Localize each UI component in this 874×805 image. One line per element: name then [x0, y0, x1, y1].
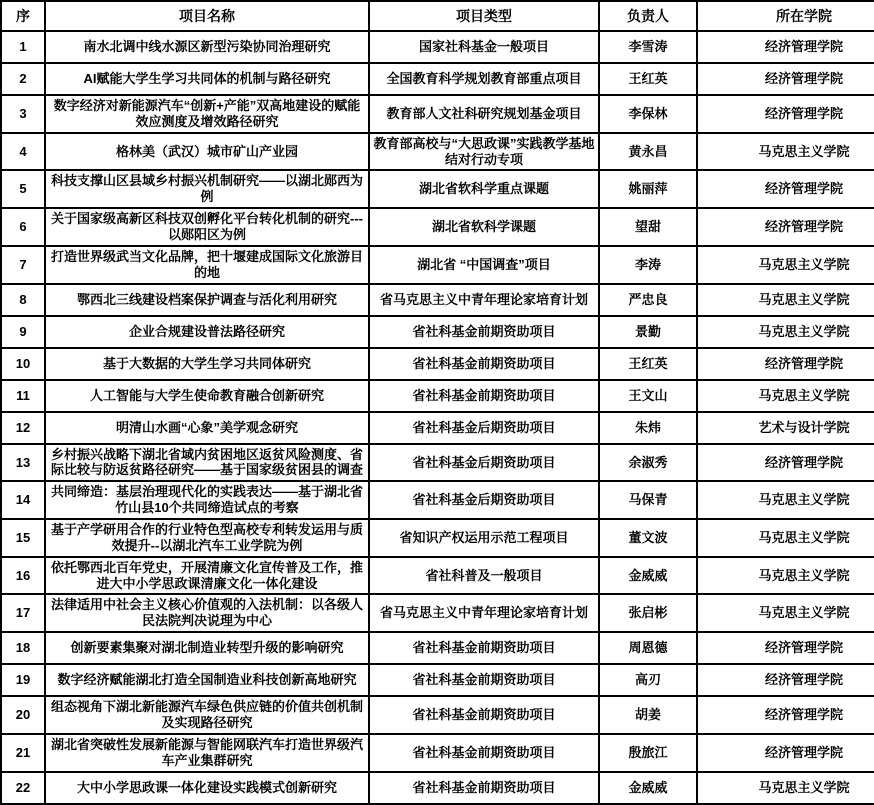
college-cell: 马克思主义学院 [697, 594, 874, 632]
table-row: 6关于国家级高新区科技双创孵化平台转化机制的研究---以郧阳区为例湖北省软科学课… [1, 208, 874, 246]
project-type-cell: 湖北省 “中国调查”项目 [369, 246, 599, 284]
col-header-name: 项目名称 [45, 1, 369, 31]
row-number-cell: 15 [1, 519, 45, 557]
leader-cell: 董文波 [599, 519, 697, 557]
leader-cell: 高刃 [599, 664, 697, 696]
leader-cell: 姚丽萍 [599, 170, 697, 208]
table-row: 15基于产学研用合作的行业特色型高校专利转发运用与质效提升--以湖北汽车工业学院… [1, 519, 874, 557]
leader-cell: 金威威 [599, 772, 697, 804]
table-row: 3数字经济对新能源汽车“创新+产能”双高地建设的赋能效应测度及增效路径研究教育部… [1, 95, 874, 133]
leader-cell: 殷旅江 [599, 734, 697, 772]
project-name-cell: 数字经济对新能源汽车“创新+产能”双高地建设的赋能效应测度及增效路径研究 [45, 95, 369, 133]
college-cell: 经济管理学院 [697, 63, 874, 95]
college-cell: 马克思主义学院 [697, 133, 874, 171]
row-number-cell: 11 [1, 380, 45, 412]
row-number-cell: 20 [1, 696, 45, 734]
project-type-cell: 省社科基金前期资助项目 [369, 734, 599, 772]
leader-cell: 朱炜 [599, 412, 697, 444]
project-name-cell: 基于产学研用合作的行业特色型高校专利转发运用与质效提升--以湖北汽车工业学院为例 [45, 519, 369, 557]
leader-cell: 余淑秀 [599, 444, 697, 482]
project-name-cell: 格林美（武汉）城市矿山产业园 [45, 133, 369, 171]
table-row: 22大中小学思政课一体化建设实践模式创新研究省社科基金前期资助项目金威威马克思主… [1, 772, 874, 804]
project-name-cell: 数字经济赋能湖北打造全国制造业科技创新高地研究 [45, 664, 369, 696]
row-number-cell: 19 [1, 664, 45, 696]
table-row: 7打造世界级武当文化品牌，把十堰建成国际文化旅游目的地湖北省 “中国调查”项目李… [1, 246, 874, 284]
project-name-cell: 鄂西北三线建设档案保护调查与活化利用研究 [45, 284, 369, 316]
project-type-cell: 湖北省软科学重点课题 [369, 170, 599, 208]
project-name-cell: 湖北省突破性发展新能源与智能网联汽车打造世界级汽车产业集群研究 [45, 734, 369, 772]
project-type-cell: 省社科基金后期资助项目 [369, 481, 599, 519]
table-row: 21湖北省突破性发展新能源与智能网联汽车打造世界级汽车产业集群研究省社科基金前期… [1, 734, 874, 772]
project-type-cell: 省马克思主义中青年理论家培育计划 [369, 284, 599, 316]
college-cell: 经济管理学院 [697, 170, 874, 208]
project-type-cell: 省社科基金前期资助项目 [369, 664, 599, 696]
table-row: 13乡村振兴战略下湖北省域内贫困地区返贫风险测度、省际比较与防返贫路径研究——基… [1, 444, 874, 482]
row-number-cell: 9 [1, 316, 45, 348]
leader-cell: 周恩德 [599, 632, 697, 664]
col-header-college: 所在学院 [697, 1, 874, 31]
table-row: 2AI赋能大学生学习共同体的机制与路径研究全国教育科学规划教育部重点项目王红英经… [1, 63, 874, 95]
college-cell: 马克思主义学院 [697, 246, 874, 284]
college-cell: 经济管理学院 [697, 348, 874, 380]
leader-cell: 景勤 [599, 316, 697, 348]
leader-cell: 严忠良 [599, 284, 697, 316]
project-type-cell: 省社科基金前期资助项目 [369, 772, 599, 804]
project-type-cell: 国家社科基金一般项目 [369, 31, 599, 63]
leader-cell: 金威威 [599, 557, 697, 595]
project-name-cell: 基于大数据的大学生学习共同体研究 [45, 348, 369, 380]
table-row: 19数字经济赋能湖北打造全国制造业科技创新高地研究省社科基金前期资助项目高刃经济… [1, 664, 874, 696]
college-cell: 马克思主义学院 [697, 772, 874, 804]
table-row: 17法律适用中社会主义核心价值观的入法机制：以各级人民法院判决说理为中心省马克思… [1, 594, 874, 632]
row-number-cell: 10 [1, 348, 45, 380]
leader-cell: 王红英 [599, 348, 697, 380]
leader-cell: 马保青 [599, 481, 697, 519]
header-row: 序 项目名称 项目类型 负责人 所在学院 [1, 1, 874, 31]
project-name-cell: 法律适用中社会主义核心价值观的入法机制：以各级人民法院判决说理为中心 [45, 594, 369, 632]
table-row: 18创新要素集聚对湖北制造业转型升级的影响研究省社科基金前期资助项目周恩德经济管… [1, 632, 874, 664]
row-number-cell: 2 [1, 63, 45, 95]
table-row: 9企业合规建设普法路径研究省社科基金前期资助项目景勤马克思主义学院 [1, 316, 874, 348]
college-cell: 经济管理学院 [697, 31, 874, 63]
col-header-type: 项目类型 [369, 1, 599, 31]
leader-cell: 李雪涛 [599, 31, 697, 63]
project-type-cell: 省社科基金前期资助项目 [369, 316, 599, 348]
project-name-cell: AI赋能大学生学习共同体的机制与路径研究 [45, 63, 369, 95]
row-number-cell: 6 [1, 208, 45, 246]
table-row: 20组态视角下湖北新能源汽车绿色供应链的价值共创机制及实现路径研究省社科基金前期… [1, 696, 874, 734]
table-row: 5科技支撑山区县域乡村振兴机制研究——以湖北郧西为例湖北省软科学重点课题姚丽萍经… [1, 170, 874, 208]
college-cell: 经济管理学院 [697, 664, 874, 696]
projects-table-body: 1南水北调中线水源区新型污染协同治理研究国家社科基金一般项目李雪涛经济管理学院2… [1, 31, 874, 804]
project-type-cell: 省社科普及一般项目 [369, 557, 599, 595]
leader-cell: 胡姜 [599, 696, 697, 734]
table-row: 4格林美（武汉）城市矿山产业园教育部高校与“大思政课”实践教学基地结对行动专项黄… [1, 133, 874, 171]
leader-cell: 望甜 [599, 208, 697, 246]
row-number-cell: 13 [1, 444, 45, 482]
project-name-cell: 关于国家级高新区科技双创孵化平台转化机制的研究---以郧阳区为例 [45, 208, 369, 246]
project-name-cell: 共同缔造：基层治理现代化的实践表达——基于湖北省竹山县10个共同缔造试点的考察 [45, 481, 369, 519]
project-type-cell: 省知识产权运用示范工程项目 [369, 519, 599, 557]
table-row: 16依托鄂西北百年党史，开展清廉文化宣传普及工作，推进大中小学思政课清廉文化一体… [1, 557, 874, 595]
college-cell: 经济管理学院 [697, 208, 874, 246]
college-cell: 经济管理学院 [697, 734, 874, 772]
college-cell: 马克思主义学院 [697, 519, 874, 557]
row-number-cell: 18 [1, 632, 45, 664]
project-name-cell: 企业合规建设普法路径研究 [45, 316, 369, 348]
project-name-cell: 组态视角下湖北新能源汽车绿色供应链的价值共创机制及实现路径研究 [45, 696, 369, 734]
table-row: 8鄂西北三线建设档案保护调查与活化利用研究省马克思主义中青年理论家培育计划严忠良… [1, 284, 874, 316]
leader-cell: 李涛 [599, 246, 697, 284]
college-cell: 经济管理学院 [697, 632, 874, 664]
project-name-cell: 依托鄂西北百年党史，开展清廉文化宣传普及工作，推进大中小学思政课清廉文化一体化建… [45, 557, 369, 595]
table-row: 14共同缔造：基层治理现代化的实践表达——基于湖北省竹山县10个共同缔造试点的考… [1, 481, 874, 519]
project-type-cell: 省社科基金前期资助项目 [369, 696, 599, 734]
row-number-cell: 16 [1, 557, 45, 595]
project-type-cell: 省社科基金前期资助项目 [369, 632, 599, 664]
col-header-no: 序 [1, 1, 45, 31]
project-type-cell: 省社科基金后期资助项目 [369, 444, 599, 482]
table-row: 12明清山水画“心象”美学观念研究省社科基金后期资助项目朱炜艺术与设计学院 [1, 412, 874, 444]
leader-cell: 王文山 [599, 380, 697, 412]
leader-cell: 黄永昌 [599, 133, 697, 171]
row-number-cell: 8 [1, 284, 45, 316]
project-name-cell: 打造世界级武当文化品牌，把十堰建成国际文化旅游目的地 [45, 246, 369, 284]
project-type-cell: 省社科基金后期资助项目 [369, 412, 599, 444]
row-number-cell: 7 [1, 246, 45, 284]
project-type-cell: 全国教育科学规划教育部重点项目 [369, 63, 599, 95]
project-type-cell: 省社科基金前期资助项目 [369, 348, 599, 380]
row-number-cell: 17 [1, 594, 45, 632]
college-cell: 马克思主义学院 [697, 481, 874, 519]
project-type-cell: 教育部人文社科研究规划基金项目 [369, 95, 599, 133]
project-name-cell: 乡村振兴战略下湖北省域内贫困地区返贫风险测度、省际比较与防返贫路径研究——基于国… [45, 444, 369, 482]
college-cell: 马克思主义学院 [697, 557, 874, 595]
col-header-leader: 负责人 [599, 1, 697, 31]
college-cell: 马克思主义学院 [697, 316, 874, 348]
project-name-cell: 创新要素集聚对湖北制造业转型升级的影响研究 [45, 632, 369, 664]
leader-cell: 李保林 [599, 95, 697, 133]
leader-cell: 张启彬 [599, 594, 697, 632]
college-cell: 马克思主义学院 [697, 380, 874, 412]
row-number-cell: 22 [1, 772, 45, 804]
project-type-cell: 教育部高校与“大思政课”实践教学基地结对行动专项 [369, 133, 599, 171]
table-row: 1南水北调中线水源区新型污染协同治理研究国家社科基金一般项目李雪涛经济管理学院 [1, 31, 874, 63]
project-type-cell: 湖北省软科学课题 [369, 208, 599, 246]
row-number-cell: 4 [1, 133, 45, 171]
row-number-cell: 12 [1, 412, 45, 444]
college-cell: 经济管理学院 [697, 696, 874, 734]
row-number-cell: 5 [1, 170, 45, 208]
project-name-cell: 科技支撑山区县域乡村振兴机制研究——以湖北郧西为例 [45, 170, 369, 208]
college-cell: 经济管理学院 [697, 444, 874, 482]
project-name-cell: 人工智能与大学生使命教育融合创新研究 [45, 380, 369, 412]
project-name-cell: 明清山水画“心象”美学观念研究 [45, 412, 369, 444]
row-number-cell: 21 [1, 734, 45, 772]
college-cell: 艺术与设计学院 [697, 412, 874, 444]
projects-table: 序 项目名称 项目类型 负责人 所在学院 1南水北调中线水源区新型污染协同治理研… [0, 0, 874, 805]
project-name-cell: 南水北调中线水源区新型污染协同治理研究 [45, 31, 369, 63]
leader-cell: 王红英 [599, 63, 697, 95]
row-number-cell: 1 [1, 31, 45, 63]
project-type-cell: 省社科基金前期资助项目 [369, 380, 599, 412]
college-cell: 经济管理学院 [697, 95, 874, 133]
row-number-cell: 3 [1, 95, 45, 133]
row-number-cell: 14 [1, 481, 45, 519]
college-cell: 马克思主义学院 [697, 284, 874, 316]
table-row: 10基于大数据的大学生学习共同体研究省社科基金前期资助项目王红英经济管理学院 [1, 348, 874, 380]
project-type-cell: 省马克思主义中青年理论家培育计划 [369, 594, 599, 632]
table-row: 11人工智能与大学生使命教育融合创新研究省社科基金前期资助项目王文山马克思主义学… [1, 380, 874, 412]
project-name-cell: 大中小学思政课一体化建设实践模式创新研究 [45, 772, 369, 804]
